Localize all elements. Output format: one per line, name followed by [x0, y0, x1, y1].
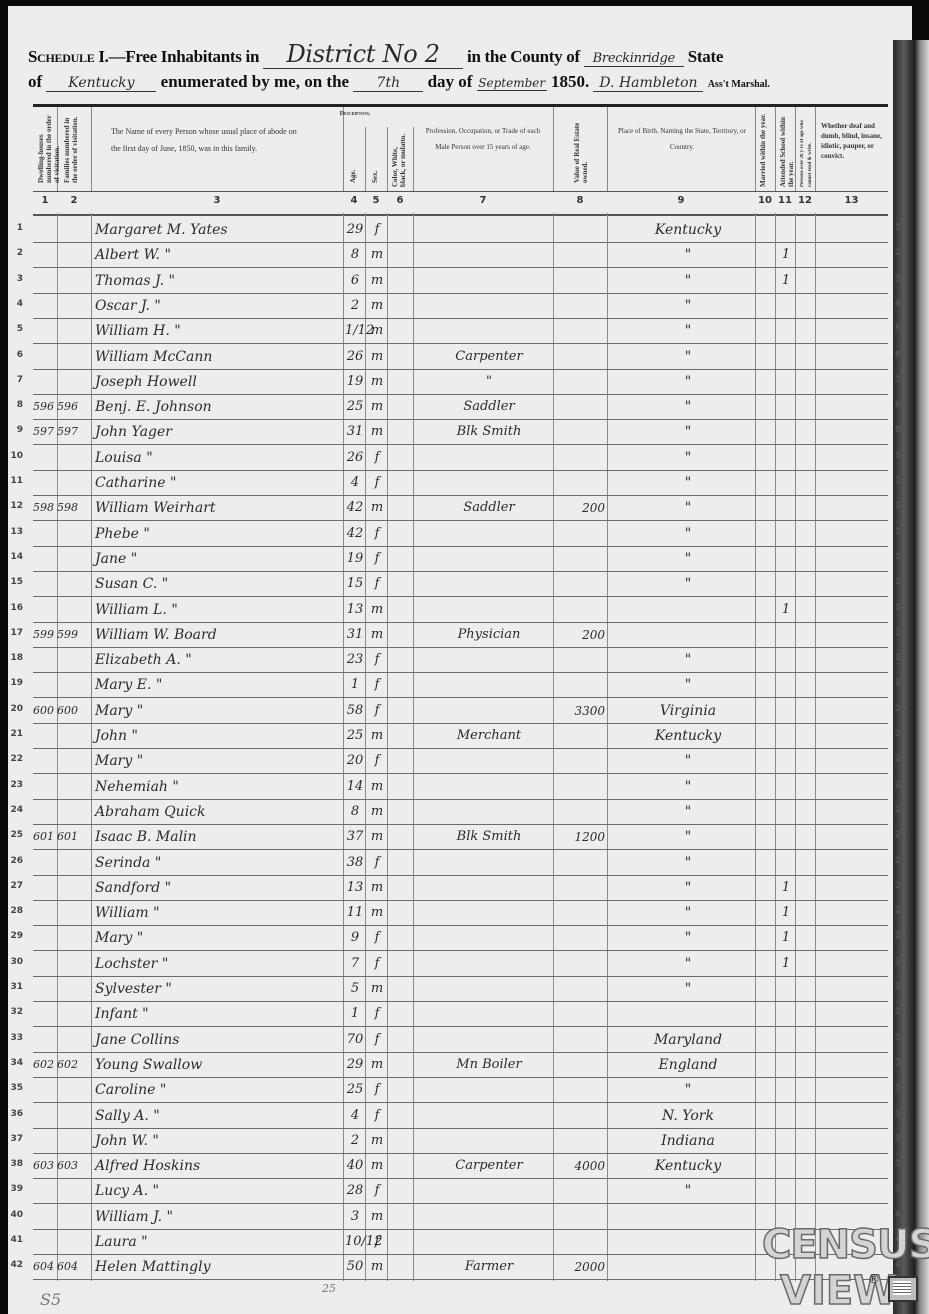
birthplace-value: ": [623, 674, 753, 696]
family-number: [57, 725, 91, 747]
sex-value: f: [367, 1105, 387, 1127]
occupation-value: [425, 523, 553, 545]
line-number: 1: [3, 223, 23, 233]
dwelling-number: [33, 270, 57, 292]
sex-value: f: [367, 573, 387, 595]
school-mark: 1: [777, 599, 795, 621]
occupation-value: Physician: [425, 624, 553, 646]
person-name: William H. ": [95, 320, 339, 342]
person-name: Margaret M. Yates: [95, 219, 339, 241]
line-number-right: 39: [895, 1184, 909, 1194]
real-estate-value: [555, 599, 605, 621]
person-name: Oscar J. ": [95, 295, 339, 317]
age-value: 8: [345, 244, 365, 266]
age-value: 2: [345, 295, 365, 317]
line-number: 10: [3, 451, 23, 461]
occupation-value: [425, 472, 553, 494]
birthplace-value: Kentucky: [623, 1155, 753, 1177]
line-number-right: 1: [895, 223, 909, 233]
person-name: Lochster ": [95, 953, 339, 975]
birthplace-value: ": [623, 649, 753, 671]
age-value: 50: [345, 1256, 365, 1278]
birthplace-value: Indiana: [623, 1130, 753, 1152]
col-head-3: The Name of every Person whose usual pla…: [91, 107, 344, 191]
table-row: 55William H. "1/12m": [33, 318, 888, 344]
real-estate-value: [555, 750, 605, 772]
age-value: 28: [345, 1180, 365, 1202]
family-number: [57, 523, 91, 545]
line-number-right: 27: [895, 881, 909, 891]
header-line-1: Schedule I.—Free Inhabitants in District…: [28, 40, 723, 69]
occupation-value: [425, 1231, 553, 1253]
person-name: Catharine ": [95, 472, 339, 494]
of-label: of: [28, 72, 42, 91]
dwelling-number: [33, 573, 57, 595]
dwelling-number: [33, 750, 57, 772]
real-estate-value: [555, 877, 605, 899]
person-name: Laura ": [95, 1231, 339, 1253]
family-number: [57, 219, 91, 241]
birthplace-value: ": [623, 927, 753, 949]
family-number: [57, 1130, 91, 1152]
age-value: 20: [345, 750, 365, 772]
table-row: 1212598598William Weirhart42mSaddler200": [33, 495, 888, 521]
school-mark: [777, 624, 795, 646]
real-estate-value: 4000: [555, 1155, 605, 1177]
schedule-header: Schedule I.—Free Inhabitants in District…: [0, 0, 929, 100]
line-number: 23: [3, 780, 23, 790]
school-mark: [777, 1003, 795, 1025]
occupation-value: [425, 548, 553, 570]
dwelling-number: [33, 1231, 57, 1253]
col-head-7: Profession, Occupation, or Trade of each…: [413, 107, 554, 191]
sex-value: m: [367, 902, 387, 924]
family-number: [57, 320, 91, 342]
line-number: 41: [3, 1235, 23, 1245]
line-number-right: 9: [895, 425, 909, 435]
line-number: 5: [3, 324, 23, 334]
sex-value: m: [367, 725, 387, 747]
sex-value: m: [367, 396, 387, 418]
dwelling-number: [33, 978, 57, 1000]
family-number: [57, 801, 91, 823]
sex-value: m: [367, 1155, 387, 1177]
line-number: 32: [3, 1007, 23, 1017]
school-mark: [777, 1155, 795, 1177]
sex-value: f: [367, 674, 387, 696]
person-name: Albert W. ": [95, 244, 339, 266]
age-value: 25: [345, 725, 365, 747]
census-table: Dwelling-houses numbered in the order of…: [33, 104, 888, 1281]
occupation-value: [425, 599, 553, 621]
real-estate-value: [555, 421, 605, 443]
school-mark: [777, 725, 795, 747]
school-mark: [777, 1054, 795, 1076]
age-value: 37: [345, 826, 365, 848]
school-mark: [777, 1105, 795, 1127]
table-row: 1414Jane "19f": [33, 546, 888, 572]
age-value: 29: [345, 219, 365, 241]
sex-value: m: [367, 776, 387, 798]
family-number: [57, 1029, 91, 1051]
real-estate-value: [555, 244, 605, 266]
table-row: 1818Elizabeth A. "23f": [33, 647, 888, 673]
occupation-value: [425, 953, 553, 975]
county-value: Breckinridge: [584, 51, 684, 67]
age-value: 4: [345, 472, 365, 494]
sex-value: m: [367, 295, 387, 317]
birthplace-value: ": [623, 396, 753, 418]
family-number: [57, 1206, 91, 1228]
occupation-value: [425, 877, 553, 899]
school-mark: [777, 978, 795, 1000]
col-head-13: Whether deaf and dumb, blind, insane, id…: [815, 107, 888, 191]
school-mark: [777, 750, 795, 772]
dwelling-number: [33, 801, 57, 823]
table-row: 3838603603Alfred Hoskins40mCarpenter4000…: [33, 1153, 888, 1179]
dwelling-number: [33, 320, 57, 342]
school-mark: [777, 421, 795, 443]
dwelling-number: 596: [33, 396, 57, 418]
sex-value: f: [367, 953, 387, 975]
line-number: 3: [3, 274, 23, 284]
school-mark: [777, 700, 795, 722]
real-estate-value: [555, 1105, 605, 1127]
age-value: 2: [345, 1130, 365, 1152]
line-number-right: 12: [895, 501, 909, 511]
real-estate-value: [555, 902, 605, 924]
line-number: 16: [3, 603, 23, 613]
state-value: Kentucky: [46, 75, 156, 92]
table-row: 3333Jane Collins70fMaryland: [33, 1027, 888, 1053]
family-number: [57, 1105, 91, 1127]
real-estate-value: [555, 953, 605, 975]
table-row: 2222Mary "20f": [33, 748, 888, 774]
age-value: 31: [345, 624, 365, 646]
line-number: 24: [3, 805, 23, 815]
enumerated-label: enumerated by me, on the: [161, 72, 349, 91]
school-mark: [777, 776, 795, 798]
birthplace-value: ": [623, 320, 753, 342]
dwelling-number: 600: [33, 700, 57, 722]
table-row: 1717599599William W. Board31mPhysician20…: [33, 622, 888, 648]
dwelling-number: [33, 548, 57, 570]
school-mark: [777, 1130, 795, 1152]
table-row: 3232Infant "1f: [33, 1001, 888, 1027]
real-estate-value: [555, 1003, 605, 1025]
person-name: Alfred Hoskins: [95, 1155, 339, 1177]
sex-value: f: [367, 700, 387, 722]
sex-value: f: [367, 472, 387, 494]
real-estate-value: [555, 1130, 605, 1152]
occupation-value: Farmer: [425, 1256, 553, 1278]
line-number-right: 25: [895, 830, 909, 840]
person-name: William McCann: [95, 346, 339, 368]
line-number-right: 21: [895, 729, 909, 739]
line-number: 15: [3, 577, 23, 587]
sex-value: f: [367, 1029, 387, 1051]
birthplace-value: ": [623, 548, 753, 570]
year-value: 1850.: [551, 72, 589, 91]
person-name: John W. ": [95, 1130, 339, 1152]
line-number-right: 14: [895, 552, 909, 562]
sex-value: m: [367, 801, 387, 823]
birthplace-value: ": [623, 244, 753, 266]
dwelling-number: [33, 523, 57, 545]
real-estate-value: [555, 927, 605, 949]
occupation-value: [425, 801, 553, 823]
school-mark: [777, 649, 795, 671]
occupation-value: Merchant: [425, 725, 553, 747]
birthplace-value: ": [623, 573, 753, 595]
line-number-right: 30: [895, 957, 909, 967]
age-value: 10/12: [345, 1231, 365, 1253]
line-number-right: 8: [895, 400, 909, 410]
age-value: 23: [345, 649, 365, 671]
state-label: State: [688, 47, 723, 66]
table-row: 2828William "11m"1: [33, 900, 888, 926]
real-estate-value: [555, 978, 605, 1000]
age-value: 19: [345, 548, 365, 570]
person-name: Jane Collins: [95, 1029, 339, 1051]
line-number: 30: [3, 957, 23, 967]
censusview-watermark: CENSUS VIEW ®: [760, 1222, 925, 1314]
school-mark: [777, 573, 795, 595]
school-mark: [777, 295, 795, 317]
person-name: William J. ": [95, 1206, 339, 1228]
line-number: 21: [3, 729, 23, 739]
real-estate-value: [555, 320, 605, 342]
occupation-value: [425, 1130, 553, 1152]
real-estate-value: [555, 674, 605, 696]
occupation-value: [425, 244, 553, 266]
table-row: 2323Nehemiah "14m": [33, 774, 888, 800]
birthplace-value: ": [623, 1079, 753, 1101]
line-number-right: 10: [895, 451, 909, 461]
school-mark: [777, 371, 795, 393]
person-name: Mary ": [95, 927, 339, 949]
real-estate-value: [555, 472, 605, 494]
sex-value: f: [367, 523, 387, 545]
family-number: 603: [57, 1155, 91, 1177]
family-number: 601: [57, 826, 91, 848]
table-row: 88596596Benj. E. Johnson25mSaddler": [33, 394, 888, 420]
school-mark: [777, 801, 795, 823]
birthplace-value: ": [623, 902, 753, 924]
age-value: 42: [345, 523, 365, 545]
birthplace-value: ": [623, 978, 753, 1000]
line-number: 20: [3, 704, 23, 714]
line-number-right: 16: [895, 603, 909, 613]
real-estate-value: [555, 725, 605, 747]
person-name: William ": [95, 902, 339, 924]
sex-value: m: [367, 624, 387, 646]
sex-value: f: [367, 927, 387, 949]
line-number-right: 19: [895, 678, 909, 688]
birthplace-value: ": [623, 523, 753, 545]
sex-value: m: [367, 320, 387, 342]
sex-value: m: [367, 978, 387, 1000]
col-head-5: Sex.: [365, 127, 388, 191]
person-name: Jane ": [95, 548, 339, 570]
family-number: [57, 1180, 91, 1202]
school-mark: 1: [777, 270, 795, 292]
table-row: 66William McCann26mCarpenter": [33, 344, 888, 370]
column-number-row: 1 2 3 4 5 6 7 8 9 10 11 12 13: [33, 191, 888, 216]
dwelling-number: [33, 852, 57, 874]
table-row: 1616William L. "13m1: [33, 597, 888, 623]
line-number: 2: [3, 248, 23, 258]
table-row: 3535Caroline "25f": [33, 1077, 888, 1103]
occupation-value: Saddler: [425, 396, 553, 418]
sex-value: f: [367, 1079, 387, 1101]
person-name: Abraham Quick: [95, 801, 339, 823]
dwelling-number: [33, 1029, 57, 1051]
school-mark: [777, 852, 795, 874]
school-mark: [777, 219, 795, 241]
age-value: 5: [345, 978, 365, 1000]
age-value: 38: [345, 852, 365, 874]
line-number: 33: [3, 1033, 23, 1043]
occupation-value: [425, 1029, 553, 1051]
table-row: 3434602602Young Swallow29mMn BoilerEngla…: [33, 1052, 888, 1078]
person-name: Infant ": [95, 1003, 339, 1025]
dwelling-number: 602: [33, 1054, 57, 1076]
family-number: [57, 902, 91, 924]
line-number-right: 40: [895, 1210, 909, 1220]
occupation-value: [425, 776, 553, 798]
table-row: 2525601601Isaac B. Malin37mBlk Smith1200…: [33, 824, 888, 850]
occupation-value: [425, 320, 553, 342]
table-row: 2929Mary "9f"1: [33, 925, 888, 951]
occupation-value: Mn Boiler: [425, 1054, 553, 1076]
age-value: 70: [345, 1029, 365, 1051]
line-number-right: 37: [895, 1134, 909, 1144]
table-row: 1111Catharine "4f": [33, 470, 888, 496]
school-mark: 1: [777, 927, 795, 949]
family-number: [57, 1003, 91, 1025]
age-value: 19: [345, 371, 365, 393]
age-value: 13: [345, 877, 365, 899]
dwelling-number: 603: [33, 1155, 57, 1177]
line-number-right: 11: [895, 476, 909, 486]
family-number: [57, 776, 91, 798]
real-estate-value: [555, 776, 605, 798]
real-estate-value: [555, 649, 605, 671]
birthplace-value: ": [623, 826, 753, 848]
person-name: William W. Board: [95, 624, 339, 646]
occupation-value: [425, 1079, 553, 1101]
line-number: 26: [3, 856, 23, 866]
real-estate-value: 200: [555, 497, 605, 519]
age-value: 11: [345, 902, 365, 924]
table-row: 22Albert W. "8m"1: [33, 242, 888, 268]
occupation-value: [425, 649, 553, 671]
school-mark: [777, 346, 795, 368]
line-number-right: 4: [895, 299, 909, 309]
line-number: 27: [3, 881, 23, 891]
dwelling-number: [33, 674, 57, 696]
dwelling-number: [33, 776, 57, 798]
person-name: Phebe ": [95, 523, 339, 545]
birthplace-value: ": [623, 497, 753, 519]
school-mark: [777, 396, 795, 418]
real-estate-value: [555, 801, 605, 823]
line-number: 13: [3, 527, 23, 537]
line-number: 7: [3, 375, 23, 385]
title-prefix: —Free Inhabitants in: [109, 47, 260, 66]
occupation-value: Blk Smith: [425, 826, 553, 848]
line-number-right: 23: [895, 780, 909, 790]
age-value: 1: [345, 674, 365, 696]
sex-value: m: [367, 371, 387, 393]
col-head-8: Value of Real Estate owned.: [553, 107, 608, 191]
real-estate-value: [555, 523, 605, 545]
real-estate-value: [555, 371, 605, 393]
birthplace-value: [623, 599, 753, 621]
birthplace-value: Maryland: [623, 1029, 753, 1051]
line-number: 40: [3, 1210, 23, 1220]
line-number-right: 33: [895, 1033, 909, 1043]
col-head-12: Persons over 20 y'rs of age who cannot r…: [795, 107, 816, 191]
person-name: Sally A. ": [95, 1105, 339, 1127]
dwelling-number: [33, 1180, 57, 1202]
occupation-value: [425, 978, 553, 1000]
school-mark: [777, 472, 795, 494]
school-mark: 1: [777, 244, 795, 266]
occupation-value: [425, 1105, 553, 1127]
line-number-right: 29: [895, 931, 909, 941]
col-head-1: Dwelling-houses numbered in the order of…: [33, 107, 58, 191]
age-value: 42: [345, 497, 365, 519]
line-number: 28: [3, 906, 23, 916]
real-estate-value: [555, 346, 605, 368]
school-mark: [777, 826, 795, 848]
family-number: 600: [57, 700, 91, 722]
school-mark: [777, 1029, 795, 1051]
school-mark: 1: [777, 953, 795, 975]
family-number: [57, 649, 91, 671]
real-estate-value: 1200: [555, 826, 605, 848]
real-estate-value: [555, 295, 605, 317]
age-value: 1/12: [345, 320, 365, 342]
age-value: 1: [345, 1003, 365, 1025]
person-name: Susan C. ": [95, 573, 339, 595]
col-head-10: Married within the year.: [755, 107, 776, 191]
line-number-right: 38: [895, 1159, 909, 1169]
sex-value: m: [367, 877, 387, 899]
occupation-value: [425, 927, 553, 949]
family-number: [57, 472, 91, 494]
family-number: 604: [57, 1256, 91, 1278]
birthplace-value: ": [623, 346, 753, 368]
person-name: Helen Mattingly: [95, 1256, 339, 1278]
sex-value: m: [367, 244, 387, 266]
person-name: Sylvester ": [95, 978, 339, 1000]
real-estate-value: [555, 1079, 605, 1101]
table-row: 2020600600Mary "58f3300Virginia: [33, 698, 888, 724]
line-number: 35: [3, 1083, 23, 1093]
dwelling-number: [33, 295, 57, 317]
dwelling-number: [33, 219, 57, 241]
dwelling-number: [33, 902, 57, 924]
real-estate-value: [555, 396, 605, 418]
footer-mark-left: S5: [40, 1290, 61, 1309]
birthplace-value: ": [623, 371, 753, 393]
line-number: 14: [3, 552, 23, 562]
line-number: 34: [3, 1058, 23, 1068]
line-number: 12: [3, 501, 23, 511]
